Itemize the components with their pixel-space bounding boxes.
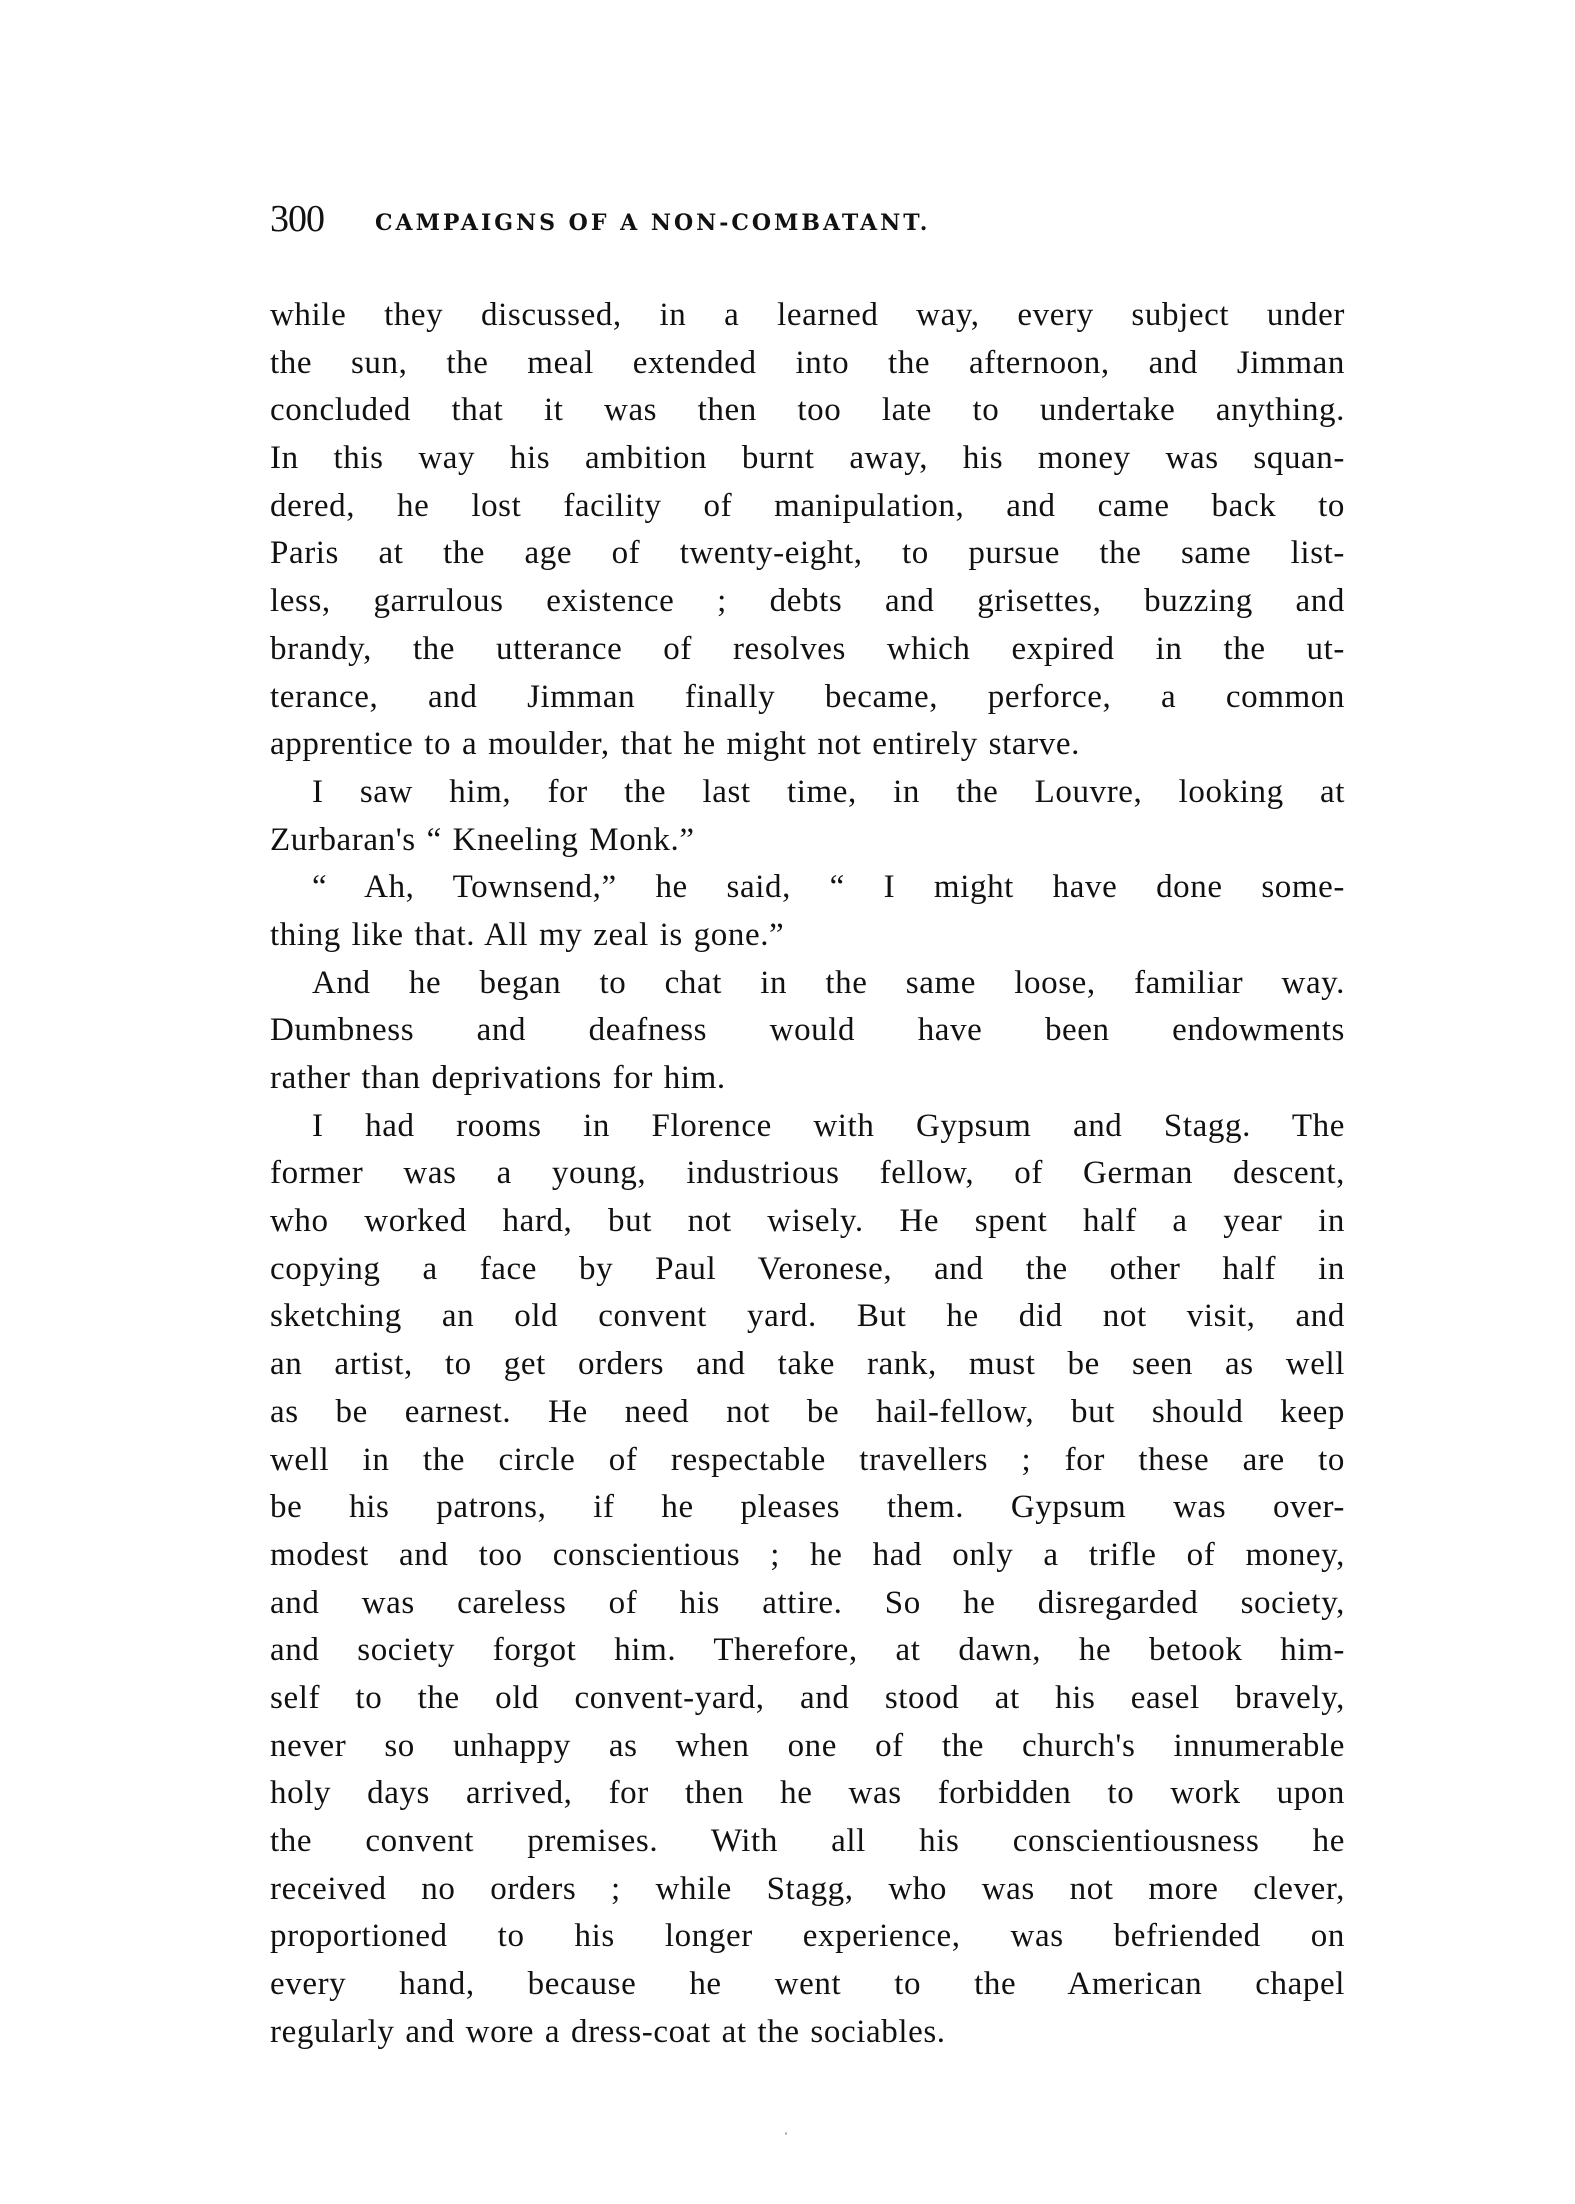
text-line: dered, he lost facility of manipulation,… bbox=[270, 483, 1345, 531]
text-line: less, garrulous existence ; debts and gr… bbox=[270, 578, 1345, 626]
text-line: received no orders ; while Stagg, who wa… bbox=[270, 1866, 1345, 1914]
text-line: be his patrons, if he pleases them. Gyps… bbox=[270, 1484, 1345, 1532]
text-line: terance, and Jimman finally became, perf… bbox=[270, 674, 1345, 722]
text-line: well in the circle of respectable travel… bbox=[270, 1437, 1345, 1485]
text-line: thing like that. All my zeal is gone.” bbox=[270, 912, 1345, 960]
text-line: sketching an old convent yard. But he di… bbox=[270, 1293, 1345, 1341]
text-line: “ Ah, Townsend,” he said, “ I might have… bbox=[270, 864, 1345, 912]
text-line: who worked hard, but not wisely. He spen… bbox=[270, 1198, 1345, 1246]
text-line: concluded that it was then too late to u… bbox=[270, 387, 1345, 435]
body-text: while they discussed, in a learned way, … bbox=[270, 292, 1345, 2056]
paragraph: I saw him, for the last time, in the Lou… bbox=[270, 769, 1345, 864]
text-line: copying a face by Paul Veronese, and the… bbox=[270, 1246, 1345, 1294]
text-line: Paris at the age of twenty-eight, to pur… bbox=[270, 530, 1345, 578]
running-head: 300 CAMPAIGNS OF A NON-COMBATANT. bbox=[270, 200, 1345, 260]
text-line: as be earnest. He need not be hail-fello… bbox=[270, 1389, 1345, 1437]
text-line: apprentice to a moulder, that he might n… bbox=[270, 721, 1345, 769]
text-line: never so unhappy as when one of the chur… bbox=[270, 1723, 1345, 1771]
paragraph: I had rooms in Florence with Gypsum and … bbox=[270, 1103, 1345, 2057]
text-line: I saw him, for the last time, in the Lou… bbox=[270, 769, 1345, 817]
running-title: CAMPAIGNS OF A NON-COMBATANT. bbox=[375, 210, 930, 236]
text-line: an artist, to get orders and take rank, … bbox=[270, 1341, 1345, 1389]
text-line: every hand, because he went to the Ameri… bbox=[270, 1961, 1345, 2009]
book-page: 300 CAMPAIGNS OF A NON-COMBATANT. while … bbox=[270, 200, 1345, 260]
text-line: self to the old convent-yard, and stood … bbox=[270, 1675, 1345, 1723]
text-line: while they discussed, in a learned way, … bbox=[270, 292, 1345, 340]
text-line: And he began to chat in the same loose, … bbox=[270, 960, 1345, 1008]
text-line: brandy, the utterance of resolves which … bbox=[270, 626, 1345, 674]
scan-speck bbox=[785, 2132, 787, 2135]
text-line: the convent premises. With all his consc… bbox=[270, 1818, 1345, 1866]
text-line: Zurbaran's “ Kneeling Monk.” bbox=[270, 817, 1345, 865]
text-line: In this way his ambition burnt away, his… bbox=[270, 435, 1345, 483]
text-line: I had rooms in Florence with Gypsum and … bbox=[270, 1103, 1345, 1151]
text-line: Dumbness and deafness would have been en… bbox=[270, 1007, 1345, 1055]
text-line: and was careless of his attire. So he di… bbox=[270, 1580, 1345, 1628]
paragraph: while they discussed, in a learned way, … bbox=[270, 292, 1345, 769]
paragraph: “ Ah, Townsend,” he said, “ I might have… bbox=[270, 864, 1345, 959]
text-line: rather than deprivations for him. bbox=[270, 1055, 1345, 1103]
text-line: modest and too conscientious ; he had on… bbox=[270, 1532, 1345, 1580]
text-line: and society forgot him. Therefore, at da… bbox=[270, 1627, 1345, 1675]
page-number: 300 bbox=[270, 200, 324, 238]
paragraph: And he began to chat in the same loose, … bbox=[270, 960, 1345, 1103]
text-line: former was a young, industrious fellow, … bbox=[270, 1150, 1345, 1198]
text-line: regularly and wore a dress-coat at the s… bbox=[270, 2009, 1345, 2057]
text-line: holy days arrived, for then he was forbi… bbox=[270, 1770, 1345, 1818]
text-line: the sun, the meal extended into the afte… bbox=[270, 340, 1345, 388]
text-line: proportioned to his longer experience, w… bbox=[270, 1913, 1345, 1961]
